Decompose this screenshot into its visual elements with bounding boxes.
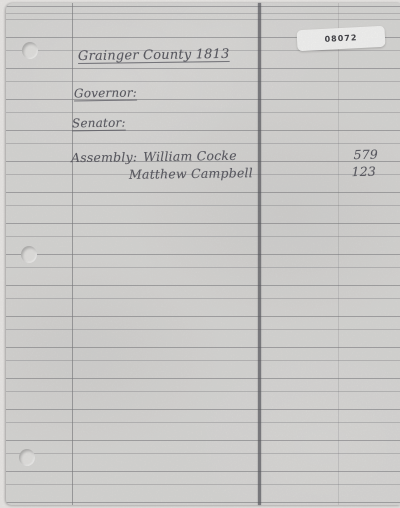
assembly-row: Assembly:William Cocke bbox=[71, 148, 237, 166]
vote-count-campbell: 123 bbox=[344, 164, 376, 180]
page-title: Grainger County 1813 bbox=[78, 47, 230, 65]
senator-label: Senator: bbox=[72, 115, 126, 132]
punch-hole-top bbox=[22, 42, 38, 59]
candidate-name-cocke: William Cocke bbox=[143, 148, 237, 164]
sticker-number: 08072 bbox=[324, 33, 357, 44]
assembly-label: Assembly: bbox=[71, 149, 137, 165]
vote-count-cocke: 579 bbox=[346, 147, 378, 163]
governor-label: Governor: bbox=[74, 85, 137, 102]
ledger-page: 08072 Grainger County 1813 Governor: Sen… bbox=[6, 3, 400, 505]
punch-hole-bottom bbox=[19, 449, 35, 466]
center-fold-line bbox=[258, 3, 261, 505]
candidate-name-campbell: Matthew Campbell bbox=[129, 165, 253, 183]
punch-hole-middle bbox=[21, 246, 37, 263]
left-margin-line bbox=[72, 3, 73, 505]
ruled-lines bbox=[6, 3, 400, 505]
scan-surface: 08072 Grainger County 1813 Governor: Sen… bbox=[0, 0, 400, 508]
right-faint-line bbox=[338, 3, 339, 505]
